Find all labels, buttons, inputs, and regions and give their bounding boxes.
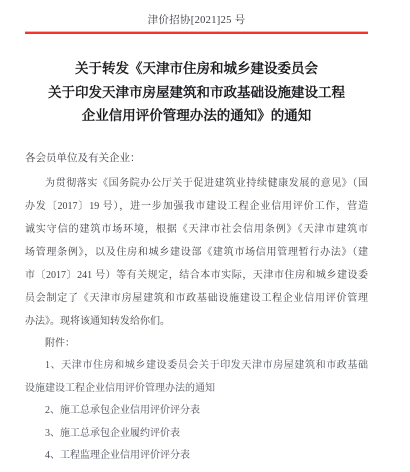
attachments-label: 附件： xyxy=(25,333,368,356)
attachment-item-4: 4、工程监理企业信用评价评分表 xyxy=(25,445,368,468)
salutation: 各会员单位及有关企业： xyxy=(25,152,368,166)
attachments-section: 附件： 1、天津市住房和城乡建设委员会关于印发天津市房屋建筑和市政基础 设施建设… xyxy=(25,333,368,468)
attachment-item-1-line-2: 设施建设工程企业信用评价管理办法的通知 xyxy=(25,378,368,401)
body-line: 员会制定了《天津市房屋建筑和市政基础设施建设工程企业信用评价管理 xyxy=(25,287,368,310)
document-number: 津价招协[2021]25 号 xyxy=(25,13,368,28)
body-paragraph: 为贯彻落实《国务院办公厅关于促进建筑业持续健康发展的意见》（国 办发〔2017〕… xyxy=(25,172,368,333)
document-page: 津价招协[2021]25 号 关于转发《天津市住房和城乡建设委员会 关于印发天津… xyxy=(0,0,410,472)
red-divider-rule xyxy=(25,31,368,34)
body-line: 办发〔2017〕19 号），进一步加强我市建设工程企业信用评价工作，营造 xyxy=(25,195,368,218)
title-line-1: 关于转发《天津市住房和城乡建设委员会 xyxy=(25,57,368,81)
body-line: 市〔2017〕241 号）等有关规定，结合本市实际，天津市住房和城乡建设委 xyxy=(25,264,368,287)
body-line: 为贯彻落实《国务院办公厅关于促进建筑业持续健康发展的意见》（国 xyxy=(25,172,368,195)
body-line: 办法》。现将该通知转发给你们。 xyxy=(25,310,368,333)
attachment-item-2: 2、施工总承包企业信用评价评分表 xyxy=(25,400,368,423)
title-line-2: 关于印发天津市房屋建筑和市政基础设施建设工程 xyxy=(25,81,368,105)
attachment-item-1-line-1: 1、天津市住房和城乡建设委员会关于印发天津市房屋建筑和市政基础 xyxy=(25,355,368,378)
attachment-item-3: 3、施工总承包企业履约评价表 xyxy=(25,423,368,446)
title-line-3: 企业信用评价管理办法的通知》的通知 xyxy=(25,104,368,128)
document-title: 关于转发《天津市住房和城乡建设委员会 关于印发天津市房屋建筑和市政基础设施建设工… xyxy=(25,57,368,128)
body-line: 诚实守信的建筑市场环境，根据《天津市社会信用条例》《天津市建筑市 xyxy=(25,218,368,241)
body-line: 场管理条例》，以及住房和城乡建设部《建筑市场信用管理暂行办法》（建 xyxy=(25,241,368,264)
